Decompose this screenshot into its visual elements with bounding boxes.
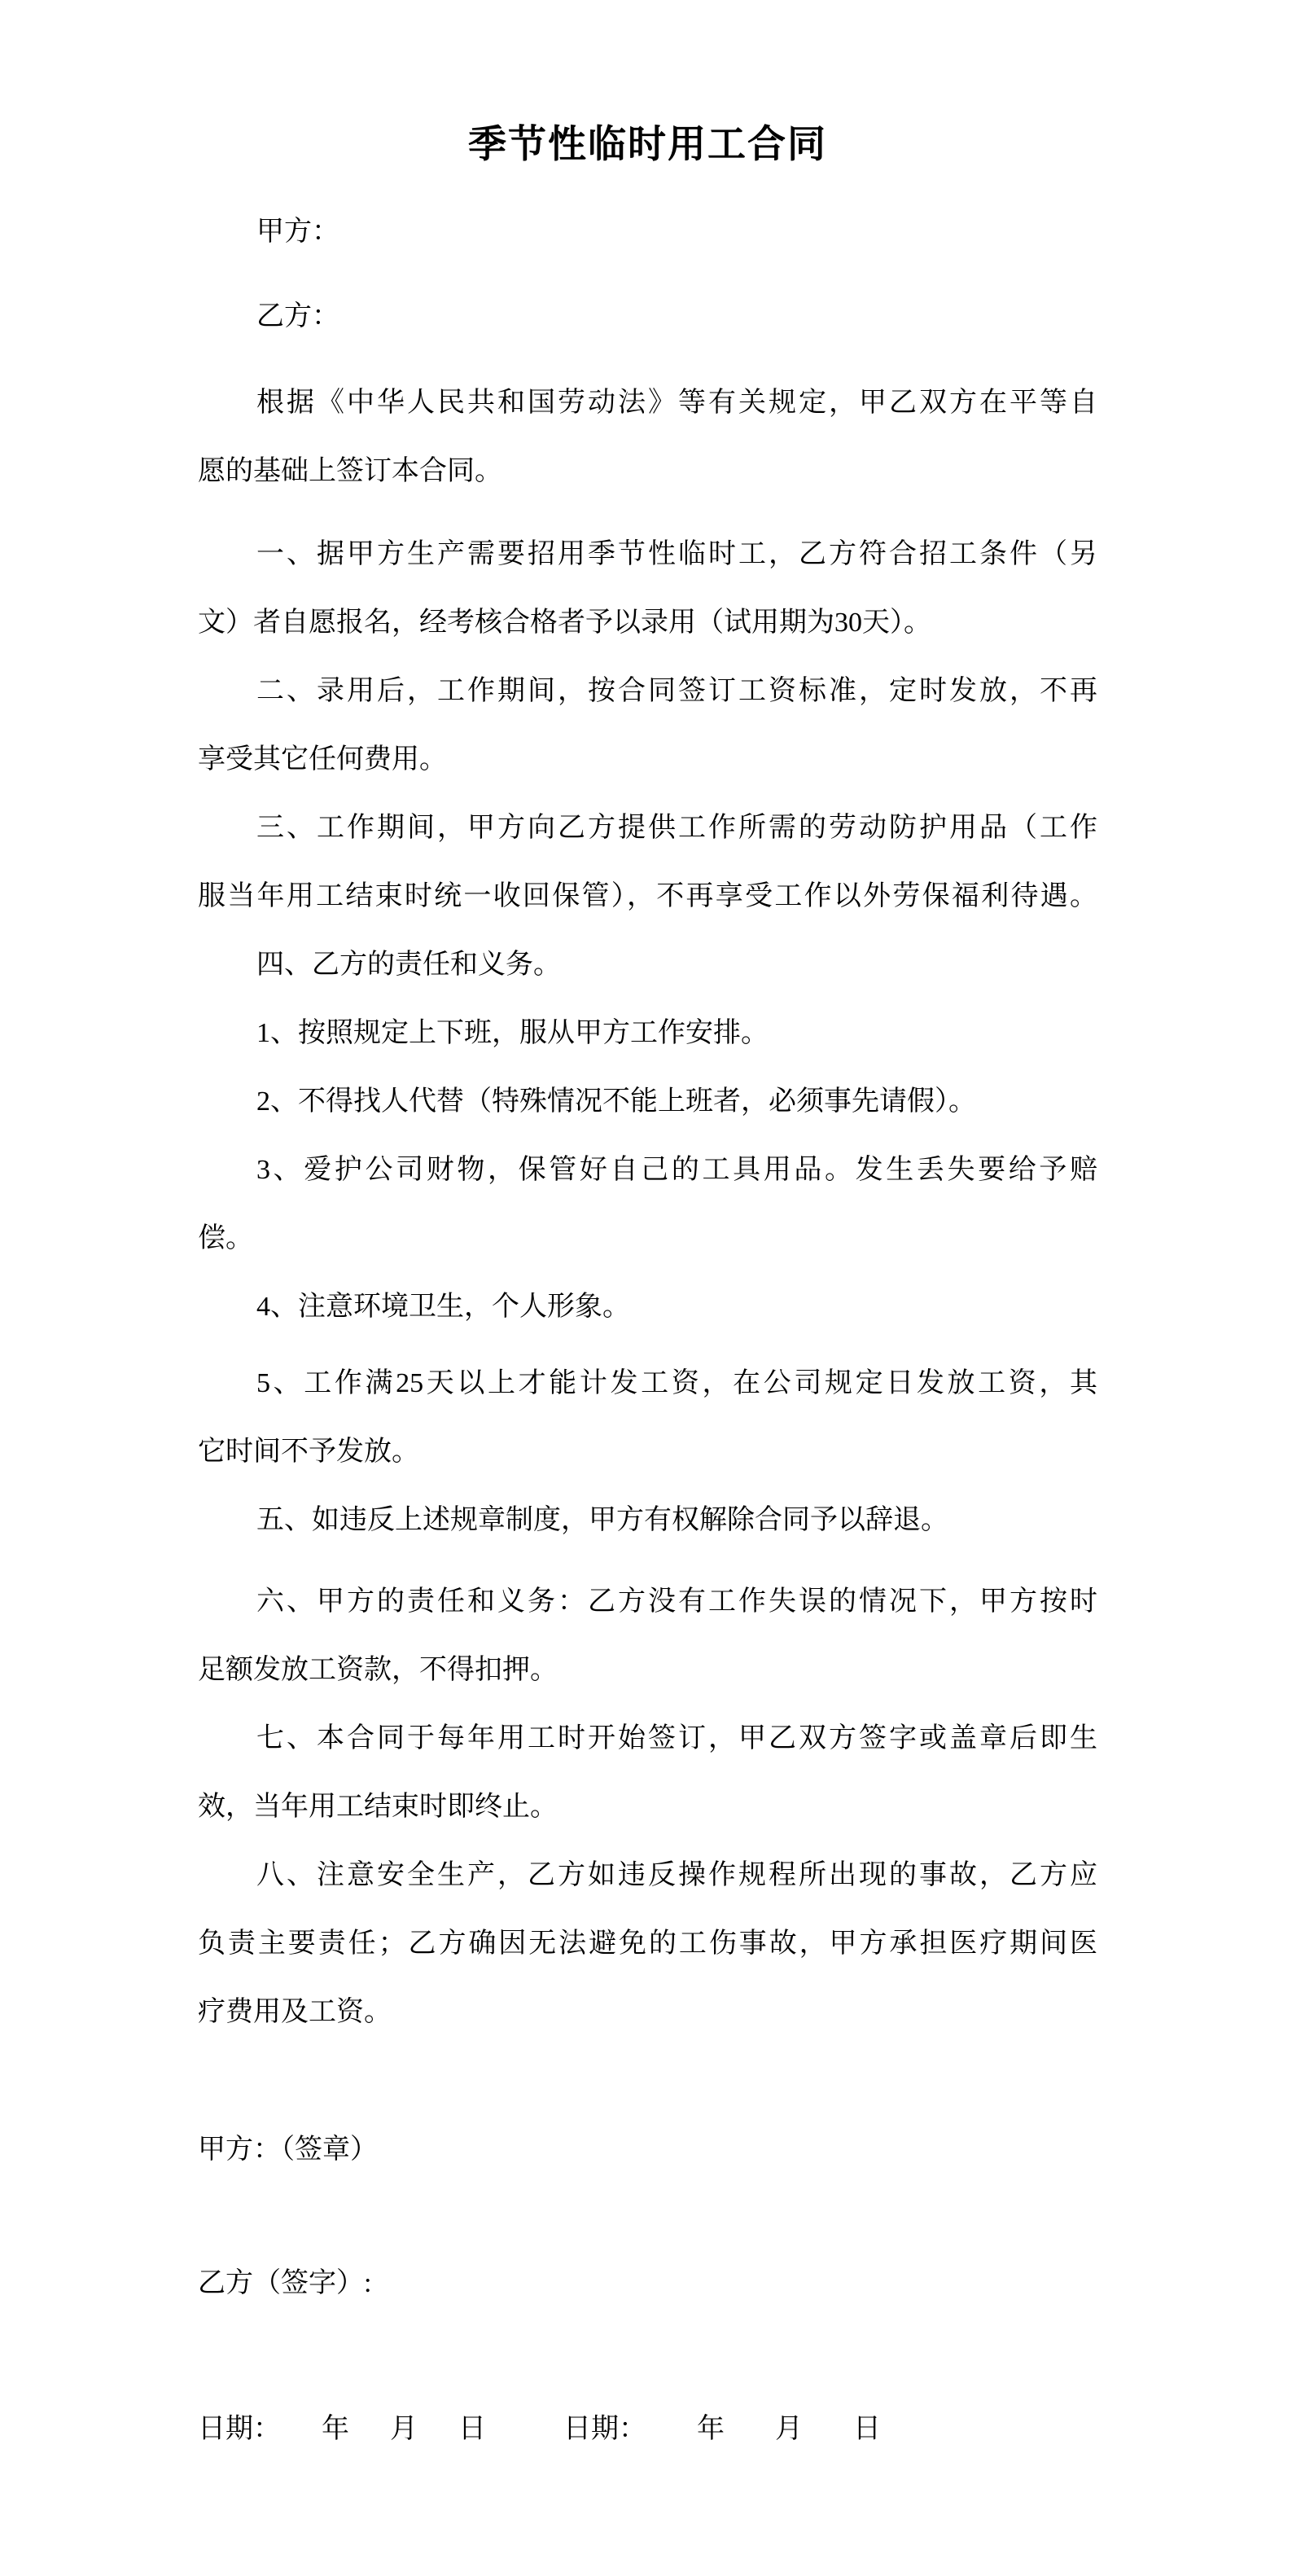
text-line: 1、按照规定上下班，服从甲方工作安排。 xyxy=(198,999,1097,1068)
text-line: 七、本合同于每年用工时开始签订，甲乙双方签字或盖章后即生 xyxy=(198,1705,1097,1773)
clause-6: 六、甲方的责任和义务：乙方没有工作失误的情况下，甲方按时 足额发放工资款，不得扣… xyxy=(198,1568,1097,1705)
text-line: 甲方： xyxy=(198,198,1097,266)
document-title: 季节性临时用工合同 xyxy=(198,108,1097,182)
clause-1: 一、据甲方生产需要招用季节性临时工，乙方符合招工条件（另 文）者自愿报名，经考核… xyxy=(198,520,1097,657)
text-line: 愿的基础上签订本合同。 xyxy=(198,437,1097,506)
text-line: 4、注意环境卫生，个人形象。 xyxy=(198,1273,1097,1341)
date-group-party-a: 日期： 年 月 日 xyxy=(198,2395,486,2464)
clause-8: 八、注意安全生产，乙方如违反操作规程所出现的事故，乙方应 负责主要责任；乙方确因… xyxy=(198,1841,1097,2047)
clause-3: 三、工作期间，甲方向乙方提供工作所需的劳动防护用品（工作 服当年用工结束时统一收… xyxy=(198,794,1097,931)
text-line: 甲方：（签章） xyxy=(198,2116,1097,2184)
text-line: 享受其它任何费用。 xyxy=(198,726,1097,794)
text-line: 根据《中华人民共和国劳动法》等有关规定，甲乙双方在平等自 xyxy=(198,369,1097,437)
text-line: 五、如违反上述规章制度，甲方有权解除合同予以辞退。 xyxy=(198,1486,1097,1555)
text-line: 乙方： xyxy=(198,283,1097,351)
text-line: 效，当年用工结束时即终止。 xyxy=(198,1773,1097,1841)
date-line: 日期： 年 月 日 日期： 年 月 日 xyxy=(198,2395,1097,2464)
text-line: 5、工作满25天以上才能计发工资，在公司规定日发放工资，其 xyxy=(198,1349,1097,1418)
clause-5: 五、如违反上述规章制度，甲方有权解除合同予以辞退。 xyxy=(198,1486,1097,1555)
party-b-signature-line: 乙方（签字）: xyxy=(198,2249,1097,2318)
text-line: 文）者自愿报名，经考核合格者予以录用（试用期为30天）。 xyxy=(198,589,1097,657)
preamble: 根据《中华人民共和国劳动法》等有关规定，甲乙双方在平等自 愿的基础上签订本合同。 xyxy=(198,369,1097,506)
party-b-label: 乙方： xyxy=(198,283,1097,351)
clause-4-item-3: 3、爱护公司财物，保管好自己的工具用品。发生丢失要给予赔 偿。 xyxy=(198,1136,1097,1273)
text-line: 3、爱护公司财物，保管好自己的工具用品。发生丢失要给予赔 xyxy=(198,1136,1097,1205)
text-line: 偿。 xyxy=(198,1205,1097,1273)
text-line: 一、据甲方生产需要招用季节性临时工，乙方符合招工条件（另 xyxy=(198,520,1097,589)
text-line: 服当年用工结束时统一收回保管），不再享受工作以外劳保福利待遇。 xyxy=(198,862,1097,931)
date-label: 日期： xyxy=(563,2395,646,2464)
year-field: 年 xyxy=(697,2395,725,2464)
year-field: 年 xyxy=(322,2395,349,2464)
text-line: 六、甲方的责任和义务：乙方没有工作失误的情况下，甲方按时 xyxy=(198,1568,1097,1636)
text-line: 四、乙方的责任和义务。 xyxy=(198,931,1097,999)
clause-2: 二、录用后，工作期间，按合同签订工资标准，定时发放，不再 享受其它任何费用。 xyxy=(198,657,1097,794)
text-line: 疗费用及工资。 xyxy=(198,1978,1097,2047)
party-a-signature-line: 甲方：（签章） xyxy=(198,2116,1097,2184)
date-group-party-b: 日期： 年 月 日 xyxy=(563,2395,881,2464)
clause-4-item-1: 1、按照规定上下班，服从甲方工作安排。 xyxy=(198,999,1097,1068)
text-line: 足额发放工资款，不得扣押。 xyxy=(198,1636,1097,1705)
text-line: 乙方（签字）: xyxy=(198,2249,1097,2318)
day-field: 日 xyxy=(853,2395,881,2464)
text-line: 2、不得找人代替（特殊情况不能上班者，必须事先请假）。 xyxy=(198,1068,1097,1136)
contract-document-page: 季节性临时用工合同 甲方： 乙方： 根据《中华人民共和国劳动法》等有关规定，甲乙… xyxy=(0,0,1292,2576)
text-line: 它时间不予发放。 xyxy=(198,1418,1097,1486)
month-field: 月 xyxy=(390,2395,418,2464)
clause-4-item-5: 5、工作满25天以上才能计发工资，在公司规定日发放工资，其 它时间不予发放。 xyxy=(198,1349,1097,1486)
clause-4-item-4: 4、注意环境卫生，个人形象。 xyxy=(198,1273,1097,1341)
month-field: 月 xyxy=(775,2395,803,2464)
date-label: 日期： xyxy=(198,2395,281,2464)
text-line: 负责主要责任；乙方确因无法避免的工伤事故，甲方承担医疗期间医 xyxy=(198,1910,1097,1978)
clause-4: 四、乙方的责任和义务。 xyxy=(198,931,1097,999)
text-line: 三、工作期间，甲方向乙方提供工作所需的劳动防护用品（工作 xyxy=(198,794,1097,862)
party-a-label: 甲方： xyxy=(198,198,1097,266)
text-line: 八、注意安全生产，乙方如违反操作规程所出现的事故，乙方应 xyxy=(198,1841,1097,1910)
day-field: 日 xyxy=(458,2395,486,2464)
clause-4-item-2: 2、不得找人代替（特殊情况不能上班者，必须事先请假）。 xyxy=(198,1068,1097,1136)
clause-7: 七、本合同于每年用工时开始签订，甲乙双方签字或盖章后即生 效，当年用工结束时即终… xyxy=(198,1705,1097,1841)
text-line: 二、录用后，工作期间，按合同签订工资标准，定时发放，不再 xyxy=(198,657,1097,726)
